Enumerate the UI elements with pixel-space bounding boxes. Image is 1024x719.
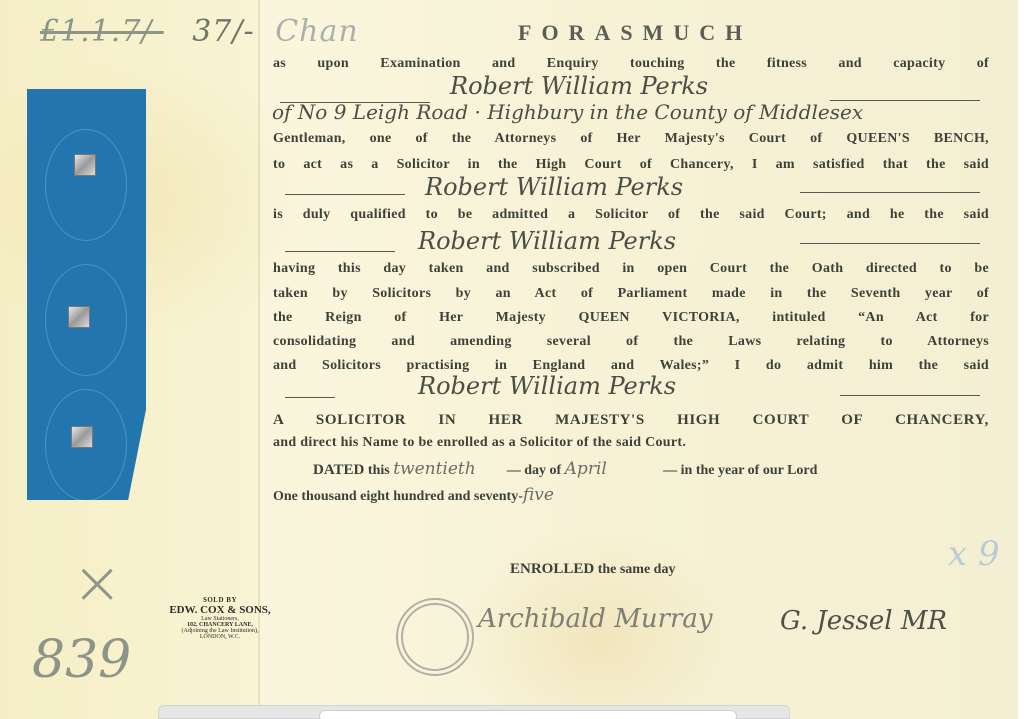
cross-mark: × [72,548,122,618]
handwritten-name: Robert William Perks [418,227,676,255]
fee-annotation: 37/- [192,14,254,49]
dated-year-of-lord: — in the year of our Lord [663,463,817,478]
year-line: One thousand eight hundred and seventy-f… [273,485,989,505]
text-line: as upon Examination and Enquiry touching… [273,56,989,72]
margin-annotation-top: £1.1.7/- 37/- Chan [40,14,359,49]
text-line: and direct his Name to be enrolled as a … [273,435,989,451]
enrolled-label: ENROLLED [510,561,594,577]
handwritten-name: Robert William Perks [418,372,676,400]
admission-heading: A SOLICITOR IN HER MAJESTY'S HIGH COURT … [273,412,989,429]
text-line: having this day taken and subscribed in … [273,261,989,277]
scrollbar-thumb[interactable] [319,710,737,719]
text-line: taken by Solicitors by an Act of Parliam… [273,286,989,302]
fill-rule [285,251,395,252]
silver-seal-icon [71,426,93,448]
fill-rule [285,397,335,398]
folio-number: 839 [32,630,131,690]
fill-rule [840,395,980,396]
document-title: FORASMUCH [518,20,752,46]
dated-day-of: — day of [507,463,561,478]
text-line: consolidating and amending several of th… [273,334,989,350]
fill-rule [800,192,980,193]
page-edge [1018,0,1024,719]
signature-right: G. Jessel MR [780,606,947,636]
dated-this: this [368,463,390,478]
handwritten-address: of No 9 Leigh Road · Highbury in the Cou… [272,100,863,124]
year-text: One thousand eight hundred and seventy- [273,489,523,504]
stationer-imprint: SOLD BY EDW. COX & SONS, Law Stationers,… [160,596,280,640]
seller-city: LONDON, W.C. [160,634,280,640]
document-page: £1.1.7/- 37/- Chan × 839 SOLD BY EDW. CO… [0,0,1018,719]
text-line: the Reign of Her Majesty QUEEN VICTORIA,… [273,310,989,326]
silver-seal-icon [74,154,96,176]
fill-rule [285,194,405,195]
dated-line: DATED this twentieth — day of April — in… [313,459,989,479]
struck-fee: £1.1.7/- [40,14,164,49]
enrolled-line: ENROLLED the same day [510,561,770,578]
seller-name: EDW. COX & SONS, [160,604,280,616]
text-line: to act as a Solicitor in the High Court … [273,157,989,173]
text-line: is duly qualified to be admitted a Solic… [273,207,989,223]
dated-label: DATED [313,462,364,478]
signature-left: Archibald Murray [478,604,713,634]
court-seal-icon [396,598,474,676]
handwritten-name: Robert William Perks [425,173,683,201]
revenue-stamp-strip [27,89,146,500]
stamp-emboss-icon [45,129,127,241]
fill-rule [800,243,980,244]
enrolled-rest: the same day [598,562,676,577]
sold-by-label: SOLD BY [160,596,280,604]
handwritten-name: Robert William Perks [450,72,708,100]
court-annotation: Chan [275,14,358,49]
handwritten-year-suffix: five [523,485,554,505]
pale-annotation: x 9 [948,535,1000,573]
handwritten-month: April [565,459,660,479]
horizontal-scrollbar[interactable] [158,705,790,719]
silver-seal-icon [68,306,90,328]
handwritten-day: twentieth [393,459,503,479]
text-line: Gentleman, one of the Attorneys of Her M… [273,131,989,147]
